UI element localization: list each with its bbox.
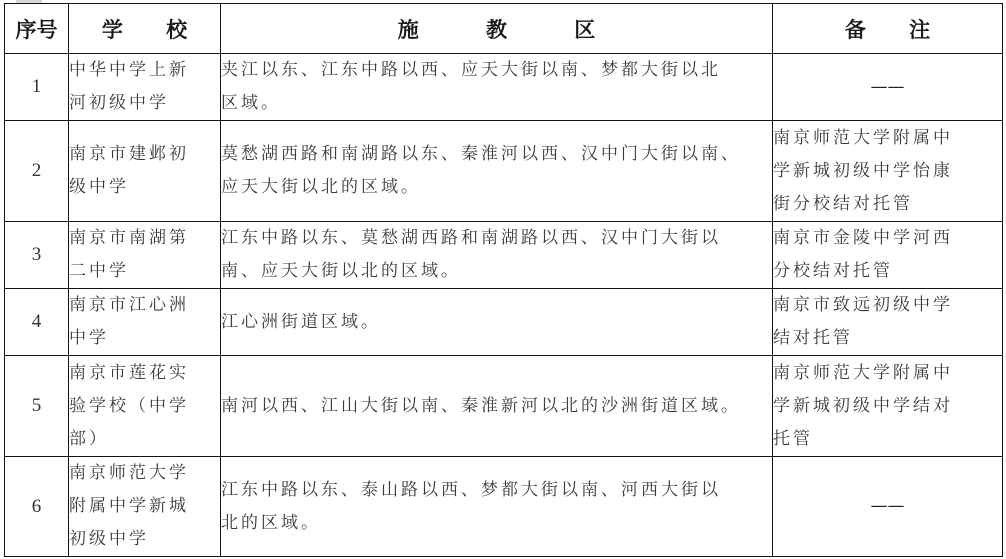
row-number: 2 <box>5 121 69 222</box>
header-school: 学 校 <box>69 4 221 54</box>
row-number: 5 <box>5 356 69 457</box>
district-area: 江心洲街道区域。 <box>221 289 773 356</box>
table-row: 2 南京市建邺初 级中学 莫愁湖西路和南湖路以东、秦淮河以西、汉中门大街以南、 … <box>5 121 1003 222</box>
table-row: 3 南京市南湖第 二中学 江东中路以东、莫愁湖西路和南湖路以西、汉中门大街以 南… <box>5 222 1003 289</box>
remark: 南京市金陵中学河西 分校结对托管 <box>773 222 1003 289</box>
school-name: 南京市江心洲 中学 <box>69 289 221 356</box>
remark: —— <box>773 54 1003 121</box>
school-name: 南京师范大学 附属中学新城 初级中学 <box>69 457 221 557</box>
school-district-table: 序号 学 校 施 教 区 备 注 1 中华中学上新 河初级中学 夹江以东、江东中… <box>4 3 1003 557</box>
table-row: 6 南京师范大学 附属中学新城 初级中学 江东中路以东、泰山路以西、梦都大街以南… <box>5 457 1003 557</box>
table-header-row: 序号 学 校 施 教 区 备 注 <box>5 4 1003 54</box>
row-number: 1 <box>5 54 69 121</box>
district-area: 江东中路以东、泰山路以西、梦都大街以南、河西大街以 北的区域。 <box>221 457 773 557</box>
row-number: 6 <box>5 457 69 557</box>
school-name: 南京市南湖第 二中学 <box>69 222 221 289</box>
district-area: 莫愁湖西路和南湖路以东、秦淮河以西、汉中门大街以南、 应天大街以北的区域。 <box>221 121 773 222</box>
table-row: 1 中华中学上新 河初级中学 夹江以东、江东中路以西、应天大街以南、梦都大街以北… <box>5 54 1003 121</box>
school-name: 南京市建邺初 级中学 <box>69 121 221 222</box>
row-number: 3 <box>5 222 69 289</box>
school-name: 南京市莲花实 验学校（中学 部） <box>69 356 221 457</box>
district-area: 江东中路以东、莫愁湖西路和南湖路以西、汉中门大街以 南、应天大街以北的区域。 <box>221 222 773 289</box>
remark: 南京师范大学附属中 学新城初级中学结对 托管 <box>773 356 1003 457</box>
row-number: 4 <box>5 289 69 356</box>
table-row: 4 南京市江心洲 中学 江心洲街道区域。 南京市致远初级中学 结对托管 <box>5 289 1003 356</box>
remark: —— <box>773 457 1003 557</box>
remark: 南京师范大学附属中 学新城初级中学怡康 街分校结对托管 <box>773 121 1003 222</box>
remark: 南京市致远初级中学 结对托管 <box>773 289 1003 356</box>
header-no: 序号 <box>5 4 69 54</box>
district-area: 南河以西、江山大街以南、秦淮新河以北的沙洲街道区域。 <box>221 356 773 457</box>
district-area: 夹江以东、江东中路以西、应天大街以南、梦都大街以北 区域。 <box>221 54 773 121</box>
header-area: 施 教 区 <box>221 4 773 54</box>
header-note: 备 注 <box>773 4 1003 54</box>
school-name: 中华中学上新 河初级中学 <box>69 54 221 121</box>
table-row: 5 南京市莲花实 验学校（中学 部） 南河以西、江山大街以南、秦淮新河以北的沙洲… <box>5 356 1003 457</box>
